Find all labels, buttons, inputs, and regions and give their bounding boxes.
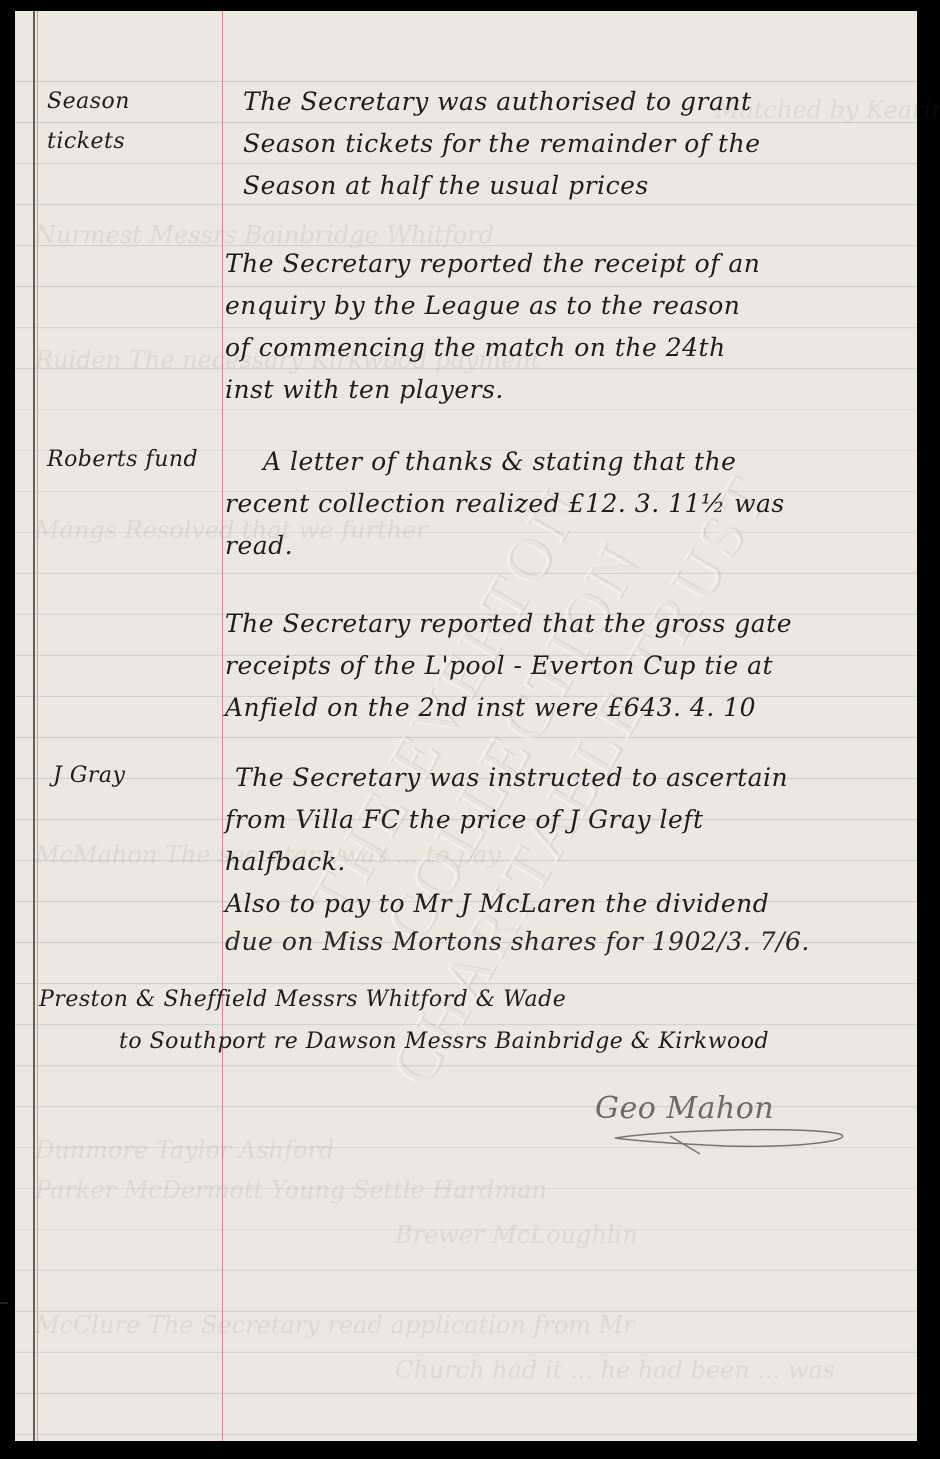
- entry-line: The Secretary reported the receipt of an: [225, 249, 760, 278]
- signature-flourish-icon: [605, 1126, 855, 1156]
- show-through-text: Dunmore Taylor Ashford: [35, 1136, 334, 1164]
- entry-line: The Secretary reported that the gross ga…: [225, 609, 792, 638]
- entry-heading: Roberts fund: [47, 447, 198, 472]
- entry-line: Also to pay to Mr J McLaren the dividend: [225, 889, 769, 918]
- entry-line: Season tickets for the remainder of the: [243, 129, 761, 158]
- show-through-text: Brewer McLoughlin: [395, 1221, 638, 1249]
- page-edge-mark: [0, 1302, 8, 1304]
- entry-line: Anfield on the 2nd inst were £643. 4. 10: [225, 693, 756, 722]
- entry-line: recent collection realized £12. 3. 11½ w…: [225, 489, 785, 518]
- entry-line: Preston & Sheffield Messrs Whitford & Wa…: [39, 987, 566, 1012]
- show-through-text: Parker McDermott Young Settle Hardman: [35, 1176, 547, 1204]
- entry-line: halfback.: [225, 847, 346, 876]
- show-through-text: Nurmest Messrs Bainbridge Whitford: [35, 221, 494, 249]
- entry-heading: J Gray: [53, 763, 125, 788]
- entry-line: receipts of the L'pool - Everton Cup tie…: [225, 651, 773, 680]
- entry-heading: Season: [47, 89, 130, 114]
- entry-line: Season at half the usual prices: [243, 171, 649, 200]
- show-through-text: McClure The Secretary read application f…: [35, 1311, 635, 1339]
- entry-line: of commencing the match on the 24th: [225, 333, 726, 362]
- entry-line: A letter of thanks & stating that the: [263, 447, 736, 476]
- entry-line: due on Miss Mortons shares for 1902/3. 7…: [225, 927, 810, 956]
- entry-line: The Secretary was authorised to grant: [243, 87, 752, 116]
- entry-heading: tickets: [47, 129, 125, 154]
- entry-line: The Secretary was instructed to ascertai…: [235, 763, 788, 792]
- signature: Geo Mahon: [595, 1091, 774, 1126]
- entry-line: to Southport re Dawson Messrs Bainbridge…: [119, 1029, 769, 1054]
- entry-line: from Villa FC the price of J Gray left: [225, 805, 704, 834]
- minute-book-page: Matched by Kearing Nurmest Messrs Bainbr…: [15, 11, 917, 1441]
- show-through-text: Church had it ... he had been ... was: [395, 1356, 835, 1384]
- entry-line: inst with ten players.: [225, 375, 504, 404]
- entry-line: enquiry by the League as to the reason: [225, 291, 740, 320]
- entry-line: read.: [225, 531, 293, 560]
